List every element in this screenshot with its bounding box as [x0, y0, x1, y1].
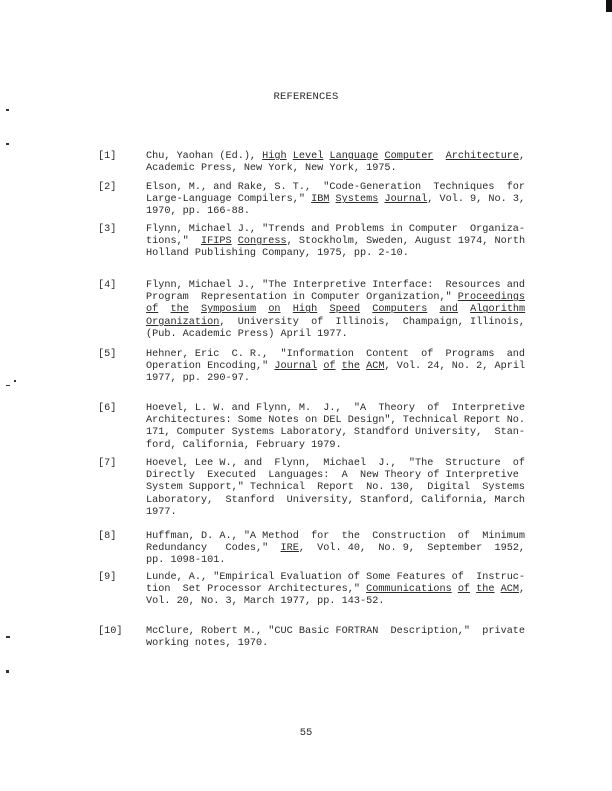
text-segment: , University of Illinois, Champaign, Ill…	[219, 317, 525, 328]
underlined-title-word: Symposium	[201, 304, 256, 315]
text-segment: Vol. 20, No. 3, March 1977, pp. 143-52.	[146, 596, 384, 607]
reference-text: Lunde, A., "Empirical Evaluation of Some…	[146, 572, 518, 609]
text-segment: Academic Press, New York, New York, 1975…	[146, 163, 397, 174]
text-segment	[360, 304, 372, 315]
page-number: 55	[0, 727, 612, 739]
underlined-title-word: Organization	[146, 317, 219, 328]
reference-line: Directly Executed Languages: A New Theor…	[146, 470, 518, 482]
reference-label: [4]	[98, 280, 138, 292]
text-segment	[317, 304, 329, 315]
reference-text: Chu, Yaohan (Ed.), High Level Language C…	[146, 151, 518, 175]
underlined-title-word: ACM	[501, 584, 519, 595]
underlined-title-word: Computers	[372, 304, 427, 315]
reference-text: Elson, M., and Rake, S. T., "Code-Genera…	[146, 182, 518, 219]
underlined-title-word: on	[268, 304, 280, 315]
scan-artifact	[6, 385, 10, 386]
reference-label: [2]	[98, 182, 138, 194]
reference-line: Program Representation in Computer Organ…	[146, 292, 518, 304]
reference-line: Hoevel, L. W. and Flynn, M. J., "A Theor…	[146, 403, 518, 415]
reference-line: Flynn, Michael J., "The Interpretive Int…	[146, 280, 518, 292]
reference-line: Hehner, Eric C. R., "Information Content…	[146, 349, 518, 361]
reference-text: McClure, Robert M., "CUC Basic FORTRAN D…	[146, 626, 518, 650]
reference-line: Organization, University of Illinois, Ch…	[146, 317, 518, 329]
text-segment: 1977, pp. 290-97.	[146, 373, 250, 384]
underlined-title-word: Congress	[238, 236, 287, 247]
reference-label: [9]	[98, 572, 138, 584]
text-segment: 1977.	[146, 507, 177, 518]
reference-line: McClure, Robert M., "CUC Basic FORTRAN D…	[146, 626, 518, 638]
text-segment: Large-Language Compilers,"	[146, 194, 311, 205]
reference-text: Huffman, D. A., "A Method for the Constr…	[146, 531, 518, 568]
page-title: REFERENCES	[0, 91, 612, 103]
underlined-title-word: High	[293, 304, 317, 315]
text-segment: Hehner, Eric C. R., "Information Content…	[146, 349, 525, 360]
underlined-title-word: Level	[293, 151, 324, 162]
text-segment: Holland Publishing Company, 1975, pp. 2-…	[146, 248, 409, 259]
reference-line: 1970, pp. 166-88.	[146, 206, 518, 218]
underlined-title-word: Speed	[329, 304, 360, 315]
underlined-title-word: Language	[329, 151, 378, 162]
reference-text: Flynn, Michael J., "Trends and Problems …	[146, 224, 518, 261]
text-segment: Laboratory, Stanford University, Stanfor…	[146, 495, 525, 506]
reference-line: Redundancy Codes," IRE, Vol. 40, No. 9, …	[146, 543, 518, 555]
reference-label: [8]	[98, 531, 138, 543]
underlined-title-word: the	[342, 361, 360, 372]
underlined-title-word: of	[146, 304, 158, 315]
reference-label: [7]	[98, 458, 138, 470]
text-segment	[458, 304, 470, 315]
reference-line: tion Set Processor Architectures," Commu…	[146, 584, 518, 596]
reference-text: Hoevel, Lee W., and Flynn, Michael J., "…	[146, 458, 518, 519]
reference-line: 171, Computer Systems Laboratory, Standf…	[146, 427, 518, 439]
scan-artifact	[6, 109, 9, 111]
reference-line: Vol. 20, No. 3, March 1977, pp. 143-52.	[146, 596, 518, 608]
reference-line: working notes, 1970.	[146, 638, 518, 650]
reference-line: pp. 1098-101.	[146, 555, 518, 567]
reference-line: Flynn, Michael J., "Trends and Problems …	[146, 224, 518, 236]
underlined-title-word: Architecture	[446, 151, 519, 162]
text-segment: Program Representation in Computer Organ…	[146, 292, 458, 303]
scan-artifact	[606, 0, 612, 12]
underlined-title-word: Algorithm	[470, 304, 525, 315]
text-segment: Huffman, D. A., "A Method for the Constr…	[146, 531, 525, 542]
reference-label: [5]	[98, 349, 138, 361]
text-segment: , Vol. 24, No. 2, April	[384, 361, 525, 372]
text-segment: (Pub. Academic Press) April 1977.	[146, 329, 348, 340]
reference-line: 1977, pp. 290-97.	[146, 373, 518, 385]
text-segment	[433, 151, 445, 162]
text-segment: working notes, 1970.	[146, 638, 268, 649]
text-segment: pp. 1098-101.	[146, 555, 225, 566]
scan-artifact	[6, 143, 9, 145]
text-segment: 1970, pp. 166-88.	[146, 206, 250, 217]
reference-label: [1]	[98, 151, 138, 163]
reference-line: Hoevel, Lee W., and Flynn, Michael J., "…	[146, 458, 518, 470]
underlined-title-word: Proceedings	[458, 292, 525, 303]
text-segment: McClure, Robert M., "CUC Basic FORTRAN D…	[146, 626, 525, 637]
reference-line: System Support," Technical Report No. 13…	[146, 482, 518, 494]
reference-text: Hehner, Eric C. R., "Information Content…	[146, 349, 518, 386]
text-segment: Hoevel, Lee W., and Flynn, Michael J., "…	[146, 458, 525, 469]
reference-line: Holland Publishing Company, 1975, pp. 2-…	[146, 248, 518, 260]
text-segment: tion Set Processor Architectures,"	[146, 584, 366, 595]
underlined-title-word: the	[476, 584, 494, 595]
reference-label: [6]	[98, 403, 138, 415]
text-segment: ,	[519, 151, 525, 162]
text-segment: Chu, Yaohan (Ed.),	[146, 151, 262, 162]
underlined-title-word: the	[170, 304, 188, 315]
scan-artifact	[6, 636, 10, 638]
underlined-title-word: and	[440, 304, 458, 315]
reference-line: Architectures: Some Notes on DEL Design"…	[146, 415, 518, 427]
reference-line: Academic Press, New York, New York, 1975…	[146, 163, 518, 175]
reference-line: ford, California, February 1979.	[146, 440, 518, 452]
text-segment: , Stockholm, Sweden, August 1974, North	[287, 236, 525, 247]
text-segment: , Vol. 9, No. 3,	[427, 194, 525, 205]
text-segment: System Support," Technical Report No. 13…	[146, 482, 525, 493]
text-segment: Architectures: Some Notes on DEL Design"…	[146, 415, 525, 426]
reference-label: [3]	[98, 224, 138, 236]
reference-line: (Pub. Academic Press) April 1977.	[146, 329, 518, 341]
reference-line: Large-Language Compilers," IBM Systems J…	[146, 194, 518, 206]
underlined-title-word: Journal	[384, 194, 427, 205]
text-segment: 171, Computer Systems Laboratory, Standf…	[146, 427, 525, 438]
reference-line: Operation Encoding," Journal of the ACM,…	[146, 361, 518, 373]
reference-line: Huffman, D. A., "A Method for the Constr…	[146, 531, 518, 543]
text-segment: tions,"	[146, 236, 201, 247]
underlined-title-word: IFIPS	[201, 236, 232, 247]
text-segment: Hoevel, L. W. and Flynn, M. J., "A Theor…	[146, 403, 525, 414]
reference-line: tions," IFIPS Congress, Stockholm, Swede…	[146, 236, 518, 248]
underlined-title-word: IBM	[311, 194, 329, 205]
underlined-title-word: Systems	[336, 194, 379, 205]
reference-line: Chu, Yaohan (Ed.), High Level Language C…	[146, 151, 518, 163]
text-segment: Flynn, Michael J., "Trends and Problems …	[146, 224, 525, 235]
underlined-title-word: Communications	[366, 584, 452, 595]
reference-text: Hoevel, L. W. and Flynn, M. J., "A Theor…	[146, 403, 518, 452]
reference-line: Laboratory, Stanford University, Stanfor…	[146, 495, 518, 507]
reference-line: Lunde, A., "Empirical Evaluation of Some…	[146, 572, 518, 584]
text-segment: ,	[519, 584, 525, 595]
text-segment	[189, 304, 201, 315]
reference-line: 1977.	[146, 507, 518, 519]
text-segment: , Vol. 40, No. 9, September 1952,	[299, 543, 525, 554]
underlined-title-word: Computer	[385, 151, 434, 162]
underlined-title-word: of	[323, 361, 335, 372]
scan-artifact	[14, 380, 16, 382]
underlined-title-word: ACM	[366, 361, 384, 372]
text-segment: Lunde, A., "Empirical Evaluation of Some…	[146, 572, 525, 583]
text-segment: Operation Encoding,"	[146, 361, 274, 372]
text-segment	[256, 304, 268, 315]
reference-text: Flynn, Michael J., "The Interpretive Int…	[146, 280, 518, 341]
underlined-title-word: IRE	[281, 543, 299, 554]
text-segment: Directly Executed Languages: A New Theor…	[146, 470, 519, 481]
reference-line: of the Symposium on High Speed Computers…	[146, 304, 518, 316]
text-segment	[281, 304, 293, 315]
scan-artifact	[6, 670, 9, 673]
text-segment: Flynn, Michael J., "The Interpretive Int…	[146, 280, 525, 291]
text-segment: ford, California, February 1979.	[146, 440, 342, 451]
document-page: REFERENCES [1]Chu, Yaohan (Ed.), High Le…	[0, 0, 612, 791]
text-segment: Elson, M., and Rake, S. T., "Code-Genera…	[146, 182, 525, 193]
reference-label: [10]	[98, 626, 138, 638]
underlined-title-word: Journal	[274, 361, 317, 372]
underlined-title-word: High	[262, 151, 286, 162]
underlined-title-word: of	[458, 584, 470, 595]
text-segment: Redundancy Codes,"	[146, 543, 281, 554]
text-segment	[427, 304, 439, 315]
reference-line: Elson, M., and Rake, S. T., "Code-Genera…	[146, 182, 518, 194]
text-segment	[158, 304, 170, 315]
